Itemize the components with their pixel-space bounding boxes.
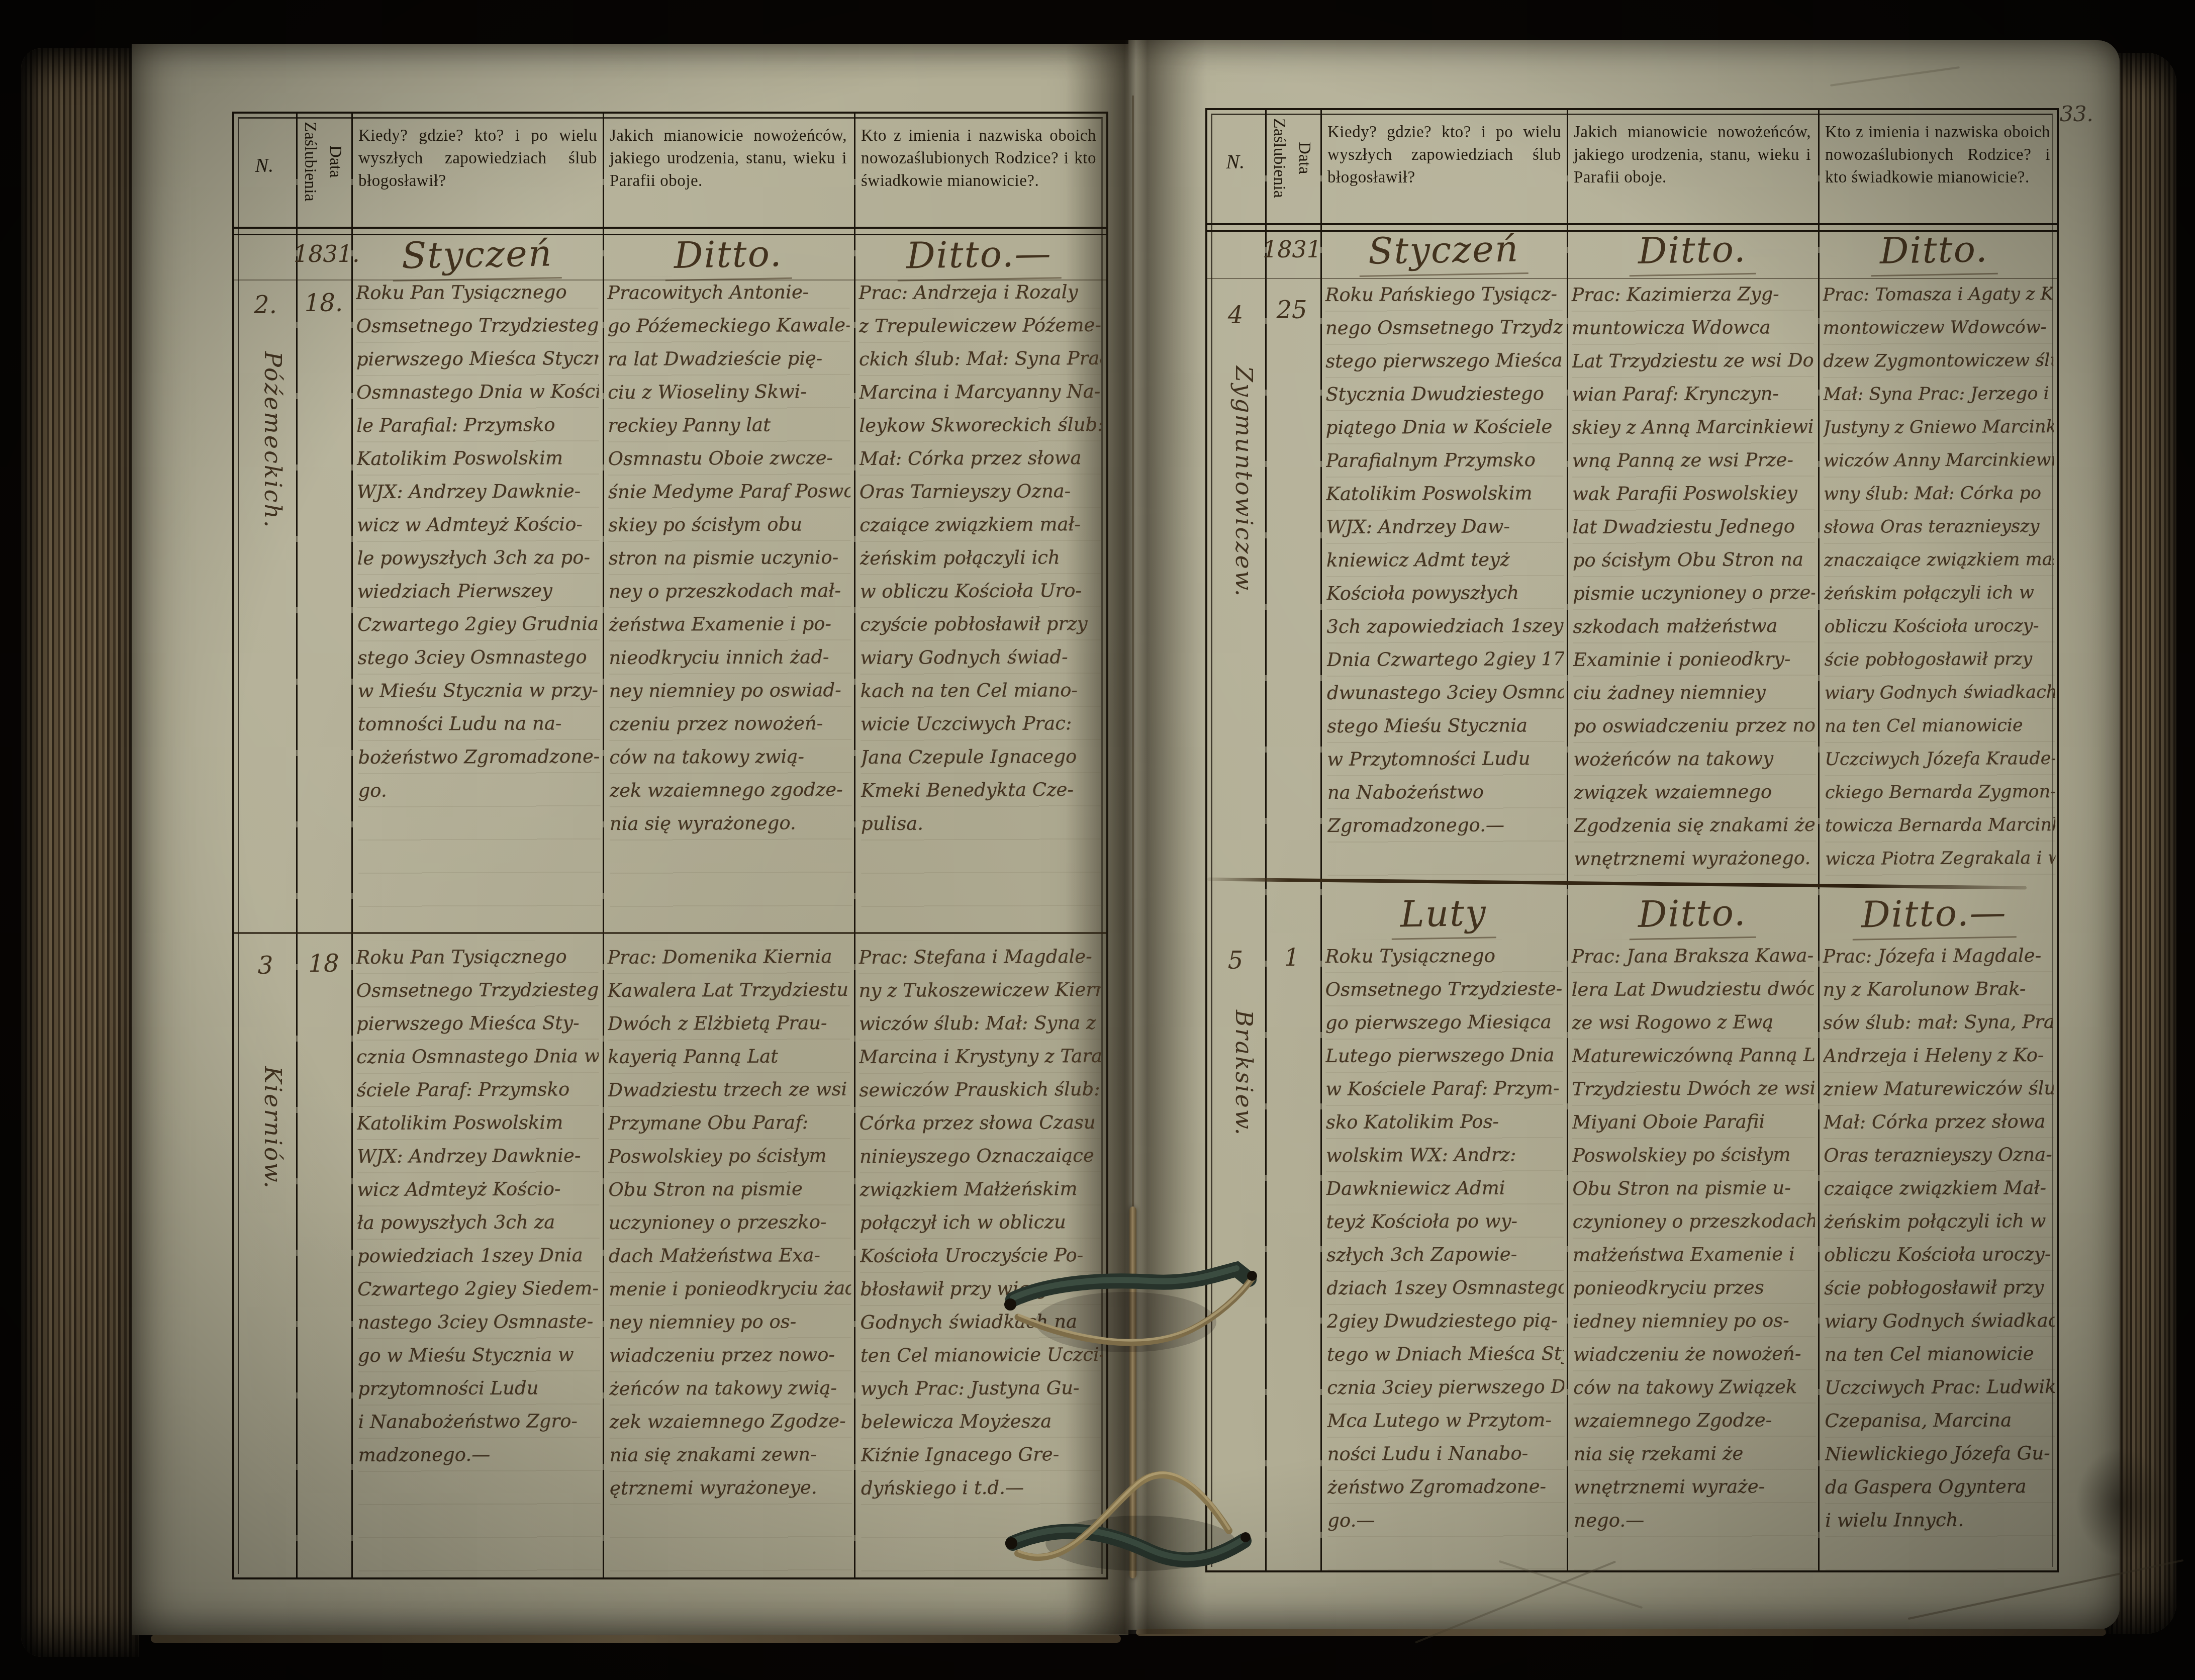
col-header-number: N. xyxy=(1207,150,1264,173)
handwritten-line: wiedziach Pierwszey xyxy=(357,574,600,608)
handwritten-line: 3ch zapowiedziach 1szey xyxy=(1326,609,1564,643)
handwritten-line: Oras Tarnieyszy Ozna- xyxy=(860,475,1102,509)
cell-when: Roku TysiącznegoOsmsetnego Trzydzieste-g… xyxy=(1325,939,1565,1571)
handwritten-line: ście pobłogosławił przy xyxy=(1824,1271,2054,1305)
handwritten-line: towicza Bernarda Marcinkie- xyxy=(1825,808,2055,843)
col-header-who: Jakich mianowicie nowożeńców, jakiego ur… xyxy=(610,125,847,193)
ditto-who: Ditto. xyxy=(1567,892,1818,939)
handwritten-line: Katolikim Poswolskim xyxy=(357,1106,599,1140)
handwritten-line: Lat Trzydziestu ze wsi Do- xyxy=(1572,344,1814,378)
handwritten-line: na Nabożeństwo xyxy=(1327,775,1565,809)
handwritten-line: Poswolskiey po ścisłym xyxy=(608,1139,850,1173)
handwritten-line: stron na pismie uczynio- xyxy=(608,541,850,575)
handwritten-line: Prac: Domenika Kiernia xyxy=(607,940,849,974)
entry-number: 3 xyxy=(238,952,293,980)
handwritten-line: Niewlickiego Józefa Gu- xyxy=(1825,1437,2055,1471)
ditto-families: Ditto.— xyxy=(854,233,1104,280)
handwritten-line: stego 3ciey Osmnastego xyxy=(357,640,600,675)
handwritten-line: zek wzaiemnego zgodze- xyxy=(609,773,851,807)
handwritten-line: Dawkniewicz Admi xyxy=(1326,1171,1563,1205)
handwritten-line: Osmsetnego Trzydzieste- xyxy=(1325,972,1563,1006)
entry-day: 18 xyxy=(299,950,349,978)
entry-row: 5 1 Braksiew. Roku TysiącznegoOsmsetnego… xyxy=(1207,940,2057,1570)
handwritten-line: le Parafial: Przymsko xyxy=(356,408,599,442)
handwritten-line: pierwszego Mieśca Sty- xyxy=(356,1006,599,1041)
cell-who: Pracowitych Antonie-go Późemeckiego Kawa… xyxy=(607,275,852,932)
handwritten-line: ponieodkryciu przes xyxy=(1573,1271,1815,1305)
page-number: 33. xyxy=(2060,102,2093,126)
handwritten-line: Dwóch z Elżbietą Prau- xyxy=(608,1006,850,1041)
handwritten-line: leykow Skworeckich ślub: xyxy=(859,408,1101,442)
handwritten-line: cznia 3ciey pierwszego Dnia xyxy=(1327,1370,1564,1405)
book-left-page-edges xyxy=(21,48,139,1657)
handwritten-line: Andrzeja i Heleny z Ko- xyxy=(1823,1039,2053,1073)
col-header-date-line1: Data xyxy=(1292,118,1317,198)
handwritten-line: teyż Kościoła po wy- xyxy=(1326,1204,1564,1239)
handwritten-line: Prac: Jana Braksza Kawa- xyxy=(1571,939,1814,973)
handwritten-line: 2giey Dwudziestego pią- xyxy=(1326,1304,1564,1338)
handwritten-line: ckich ślub: Mał: Syna Prac: xyxy=(859,342,1101,376)
month-january-text: Styczeń xyxy=(392,232,562,282)
entry-row: 2. 18. Późemeckich. Roku Pan Tysiącznego… xyxy=(234,276,1106,932)
handwritten-line: Roku Pan Tysiącznego xyxy=(356,940,598,974)
handwritten-line: WJX: Andrzey Dawknie- xyxy=(357,1139,599,1173)
handwritten-line: zek wzaiemnego Zgodze- xyxy=(609,1405,851,1439)
handwritten-line: Osmnastu Oboie zwcze- xyxy=(608,441,850,476)
ditto-who: Ditto. xyxy=(603,233,854,280)
handwritten-line: kach na ten Cel miano- xyxy=(861,674,1103,708)
entry-number: 5 xyxy=(1209,947,1262,975)
handwritten-line: bożeństwo Zgromadzone- xyxy=(358,740,600,774)
year-label: 1831 xyxy=(1263,236,1320,263)
handwritten-line: Marcina i Krystyny z Tara- xyxy=(859,1040,1101,1074)
handwritten-line: wożeńców na takowy xyxy=(1573,742,1816,776)
entry-day: 1 xyxy=(1267,944,1317,972)
handwritten-line: go w Mieśu Stycznia w xyxy=(358,1338,600,1372)
col-header-families: Kto z imienia i nazwiska oboich nowozaśl… xyxy=(861,125,1096,193)
cell-when: Roku Pan TysiącznegoOsmsetnego Trzydzies… xyxy=(356,940,601,1578)
handwritten-line: Zgromadzonego.— xyxy=(1327,808,1565,843)
handwritten-line: wiczów Anny Marcinkiewicze- xyxy=(1824,443,2054,478)
month-january-text: Styczeń xyxy=(1359,227,1529,277)
handwritten-line: wiczów ślub: Mał: Syna z Prac: xyxy=(859,1006,1101,1041)
handwritten-line: Marcina i Marcyanny Na- xyxy=(859,375,1101,409)
handwritten-line: obliczu Kościoła uroczy- xyxy=(1824,1238,2054,1272)
handwritten-line: ra lat Dwadzieście pię- xyxy=(608,342,850,376)
handwritten-line: na ten Cel mianowicie xyxy=(1825,1337,2055,1371)
col-header-number: N. xyxy=(234,154,295,176)
entry-day: 18. xyxy=(299,289,349,317)
ditto-families-text: Ditto. xyxy=(1870,228,1997,276)
handwritten-line: czaiące związkiem mał- xyxy=(860,508,1102,542)
binding-string-ties xyxy=(975,1222,1287,1583)
handwritten-line: znaczaiące związkiem mał- xyxy=(1824,543,2054,577)
handwritten-line: wiadczeniu przez nowo- xyxy=(609,1338,851,1372)
ink-smudge-right-edge xyxy=(2076,1448,2166,1558)
handwritten-line: wnętrznemi wyrażonego. xyxy=(1574,842,1816,876)
handwritten-line: i Nanabożeństwo Zgro- xyxy=(358,1405,600,1439)
handwritten-line: po ścisłym Obu Stron na xyxy=(1573,543,1815,577)
handwritten-line: Katolikim Poswolskim xyxy=(1326,477,1563,511)
gutter-crease xyxy=(1132,96,1134,1211)
handwritten-line: wicza Piotra Zegrakala i wie- xyxy=(1825,842,2055,876)
margin-family-name: Zygmuntowiczew. xyxy=(1230,366,1258,598)
handwritten-line: uczynioney o przeszko- xyxy=(609,1205,851,1240)
handwritten-line: zniew Maturewiczów ślub: xyxy=(1823,1072,2053,1106)
handwritten-line: nieodkryciu innich żad- xyxy=(609,640,851,675)
month-january: Styczeń xyxy=(351,233,603,280)
handwritten-line: Prac: Tomasza i Agaty z Kier- xyxy=(1823,277,2053,312)
handwritten-line: wną Panną ze wsi Prze- xyxy=(1572,443,1815,478)
handwritten-line: związek wzaiemnego xyxy=(1574,775,1816,809)
handwritten-line: Prac: Józefa i Magdale- xyxy=(1823,939,2053,973)
handwritten-line: nastego 3ciey Osmnaste- xyxy=(357,1305,600,1339)
handwritten-line: ze wsi Rogowo z Ewą xyxy=(1572,1005,1814,1040)
col-header-who: Jakich mianowicie nowożeńców, jakiego ur… xyxy=(1574,121,1811,189)
cell-who: Prac: Domenika KierniaKawalera Lat Trzyd… xyxy=(607,940,852,1578)
handwritten-line: wiary Godnych świad- xyxy=(860,640,1102,675)
handwritten-line: ściele Paraf: Przymsko xyxy=(356,1073,599,1107)
handwritten-line: WJX: Andrzey Dawknie- xyxy=(357,475,599,509)
handwritten-line: szkodach małżeństwa xyxy=(1573,609,1815,643)
right-register-table: N. Data Zaślubienia Kiedy? gdzie? kto? i… xyxy=(1205,108,2059,1572)
entry-day: 25 xyxy=(1267,296,1317,324)
handwritten-line: w Przytomności Ludu xyxy=(1327,742,1564,776)
handwritten-line: Examinie i ponieodkry- xyxy=(1573,642,1816,677)
handwritten-line: cznia Osmnastego Dnia w Ko- xyxy=(356,1040,599,1074)
handwritten-line: ney niemniey po oswiad- xyxy=(609,674,851,708)
left-page-bottom-edge xyxy=(151,1635,1121,1643)
handwritten-line: ętrznemi wyrażoneye. xyxy=(610,1471,852,1505)
handwritten-line: Parafialnym Przymsko xyxy=(1326,443,1563,478)
handwritten-line: Osmsetnego Trzydziestego xyxy=(356,309,598,343)
handwritten-line: Poswolskiey po ścisłym xyxy=(1572,1138,1815,1172)
handwritten-line: żeństwo Zgromadzone- xyxy=(1327,1470,1565,1504)
handwritten-line: go.— xyxy=(1327,1503,1565,1537)
handwritten-line: ców na takowy Związek xyxy=(1573,1370,1816,1405)
handwritten-line: lu Innych.— xyxy=(1826,875,2056,880)
handwritten-line: stego pierwszego Mieśca xyxy=(1325,344,1563,378)
cell-who: Prac: Jana Braksza Kawa-lera Lat Dwudzie… xyxy=(1571,939,1816,1571)
handwritten-line: śnie Medyme Paraf Poswol- xyxy=(608,475,850,509)
handwritten-line: tego w Dniach Mieśca Sty- xyxy=(1327,1337,1564,1371)
handwritten-line: kayerią Panną Lat xyxy=(608,1040,850,1074)
handwritten-line: go Późemeckiego Kawale- xyxy=(607,309,849,343)
handwritten-line: Osmsetnego Trzydziestego xyxy=(356,973,599,1007)
handwritten-line: wicz Admteyż Kościo- xyxy=(357,1172,599,1206)
string-hole-upper-right xyxy=(1247,1271,1257,1281)
handwritten-line: piątego Dnia w Kościele xyxy=(1326,410,1563,444)
handwritten-line: w obliczu Kościoła Uro- xyxy=(860,574,1102,608)
handwritten-line: Roku Pan Tysiącznego xyxy=(356,275,598,310)
handwritten-line: Katolikim Poswolskim xyxy=(357,441,599,476)
handwritten-line: na ten Cel mianowicie xyxy=(1825,709,2055,743)
handwritten-line: tomności Ludu na na- xyxy=(358,707,600,741)
handwritten-line: nego Osmsetnego Trzydzie- xyxy=(1325,311,1563,345)
entry-number: 4 xyxy=(1209,301,1262,329)
handwritten-line: żeńskim połączyli ich w xyxy=(1824,1204,2054,1239)
handwritten-line: Zgodzenia się znakami że. xyxy=(1574,808,1816,843)
col-header-date: Data Zaślubienia xyxy=(298,122,348,202)
handwritten-line: pierwszego Mieśca Stycznia xyxy=(356,342,599,376)
handwritten-line: Kawalera Lat Trzydziestu xyxy=(608,973,850,1007)
cell-families: Prac: Andrzeja i Rozalyz Trepulewiczew P… xyxy=(858,275,1104,932)
handwritten-line: wak Parafii Poswolskiey xyxy=(1572,477,1815,511)
margin-family-name: Późemeckich. xyxy=(259,351,287,529)
margin-family-name: Braksiew. xyxy=(1230,1010,1258,1137)
col-header-date: Data Zaślubienia xyxy=(1267,118,1317,198)
handwritten-line: Obu Stron na pismie xyxy=(608,1172,850,1206)
ditto-families: Ditto. xyxy=(1818,229,2050,275)
handwritten-line: przytomności Ludu xyxy=(358,1371,600,1406)
handwritten-line: ście pobłogosławił przy xyxy=(1825,642,2055,677)
handwritten-line: czynioney o przeszkodach xyxy=(1573,1204,1815,1239)
handwritten-line: żeństwa Examenie i po- xyxy=(609,607,851,641)
handwritten-line: dziach 1szey Osmnastego xyxy=(1326,1271,1564,1305)
handwritten-line: sko Katolikim Pos- xyxy=(1326,1105,1563,1139)
handwritten-line: ności Ludu i Nanabo- xyxy=(1327,1437,1565,1471)
handwritten-line: ców na takowy zwią- xyxy=(609,740,851,774)
handwritten-line: WJX: Andrzey Daw- xyxy=(1326,510,1563,544)
handwritten-line: Mca Lutego w Przytom- xyxy=(1327,1404,1564,1438)
handwritten-line: dzew Zygmontowiczew ślub: xyxy=(1823,344,2053,378)
handwritten-line: dwunastego 3ciey Osmna- xyxy=(1327,676,1564,710)
handwritten-line: ney o przeszkodach mał- xyxy=(609,574,851,608)
handwritten-line: nego.— xyxy=(1574,1503,1816,1537)
month-january: Styczeń xyxy=(1320,229,1567,275)
year-label: 1831. xyxy=(294,240,351,267)
handwritten-line: skiey po ścisłym obu xyxy=(608,508,850,542)
handwritten-line: wzaiemnego Zgodze- xyxy=(1573,1404,1816,1438)
handwritten-line: Uczciwych Józefa Kraude- xyxy=(1825,742,2055,776)
handwritten-line: reckiey Panny lat xyxy=(608,408,850,442)
ditto-who: Ditto. xyxy=(1567,229,1818,275)
cell-when: Roku Pan TysiącznegoOsmsetnego Trzydzies… xyxy=(356,275,601,932)
handwritten-line: wnętrznemi wyraże- xyxy=(1574,1470,1816,1504)
handwritten-line: czeniu przez nowożeń- xyxy=(609,707,851,741)
handwritten-line: Córka przez słowa Czasu xyxy=(860,1106,1102,1140)
col-header-when: Kiedy? gdzie? kto? i po wielu wyszłych z… xyxy=(358,125,597,193)
handwritten-line: szłych 3ch Zapowie- xyxy=(1326,1238,1564,1272)
handwritten-line: ninieyszego Oznaczaiące xyxy=(860,1139,1102,1173)
handwritten-line: wian Paraf: Krynczyn- xyxy=(1572,377,1814,411)
handwritten-line: ła powyszłych 3ch za xyxy=(357,1205,600,1240)
handwritten-line: montowiczew Wdowców- xyxy=(1823,311,2053,345)
handwritten-line: nia się znakami zewn- xyxy=(610,1438,852,1472)
handwritten-line: wiary Godnych świadkach xyxy=(1824,1304,2054,1338)
handwritten-line: menie i ponieodkryciu żad- xyxy=(609,1272,851,1306)
handwritten-line: Roku Tysiącznego xyxy=(1325,939,1562,973)
ditto-who-text: Ditto. xyxy=(1629,228,1756,276)
month-february-text: Luty xyxy=(1391,891,1496,940)
col-header-date-line2: Zaślubienia xyxy=(298,122,323,202)
handwritten-line: Przymane Obu Paraf: xyxy=(608,1106,850,1140)
handwritten-line: Oras teraznieyszy Ozna- xyxy=(1824,1138,2054,1172)
string-hole-lower-right xyxy=(1240,1532,1251,1542)
ditto-families-text: Ditto.— xyxy=(897,232,1061,282)
handwritten-line: wiary Godnych świadkach xyxy=(1825,676,2055,710)
handwritten-line: go. xyxy=(358,773,600,807)
handwritten-line: Roku Pańskiego Tysiącz- xyxy=(1325,277,1562,312)
handwritten-line: ciu z Wioseliny Skwi- xyxy=(608,375,850,409)
handwritten-line: Mał: Syna Prac: Jerzego i xyxy=(1823,377,2053,411)
handwritten-line: Trzydziestu Dwóch ze wsi xyxy=(1572,1072,1814,1106)
cell-families: Prac: Tomasza i Agaty z Kier-montowiczew… xyxy=(1823,277,2055,880)
handwritten-line: Czepanisa, Marcina xyxy=(1825,1404,2055,1438)
handwritten-line: dach Małżeństwa Exa- xyxy=(609,1239,851,1273)
handwritten-line: pismie uczynioney o prze- xyxy=(1573,576,1815,610)
handwritten-line: czyście pobłosławił przy xyxy=(860,607,1102,641)
handwritten-line: Jana Czepule Ignacego xyxy=(861,740,1103,774)
handwritten-line: lera Lat Dwudziestu dwóch xyxy=(1572,972,1814,1006)
handwritten-line: Mał: Córka przez słowa xyxy=(1824,1105,2054,1139)
cell-when: Roku Pańskiego Tysiącz-nego Osmsetnego T… xyxy=(1325,277,1565,880)
col-header-families: Kto z imienia i nazwiska oboich nowozaśl… xyxy=(1825,121,2050,189)
ditto-families-text: Ditto.— xyxy=(1852,891,2016,941)
handwritten-line: Justyny z Gniewo Marcinkie- xyxy=(1824,410,2054,444)
handwritten-line: Lutego pierwszego Dnia xyxy=(1325,1039,1563,1073)
handwritten-line: wicie Uczciwych Prac: xyxy=(861,707,1103,741)
handwritten-line: w Kościele Paraf: Przym- xyxy=(1325,1072,1563,1106)
month-february: Luty xyxy=(1320,892,1567,939)
handwritten-line: nia się wyrażonego. xyxy=(610,806,852,841)
handwritten-line: małżeństwa Examenie i xyxy=(1573,1238,1815,1272)
col-header-when: Kiedy? gdzie? kto? i po wielu wyszłych z… xyxy=(1327,121,1561,189)
handwritten-line: Czwartego 2giey Grudnia xyxy=(357,607,600,641)
handwritten-line: czaiące związkiem Mał- xyxy=(1824,1171,2054,1205)
handwritten-line: nia się rzekami że xyxy=(1574,1437,1816,1471)
handwritten-line: i wielu Innych. xyxy=(1825,1503,2055,1537)
handwritten-line: związkiem Małżeńskim xyxy=(860,1172,1102,1206)
handwritten-line: żeńskim połączyli ich xyxy=(860,541,1102,575)
ditto-who-text: Ditto. xyxy=(664,232,792,281)
handwritten-line: pulisa. xyxy=(861,806,1103,841)
handwritten-line: kniewicz Admt teyż xyxy=(1326,543,1564,577)
handwritten-line: obliczu Kościoła uroczy- xyxy=(1824,609,2054,643)
handwritten-line: Obu Stron na pismie u- xyxy=(1572,1171,1815,1205)
handwritten-line: ny z Karolunow Brak- xyxy=(1823,972,2053,1006)
left-entry-separator xyxy=(234,932,1106,934)
cell-who: Prac: Kazimierza Zyg-muntowicza WdowcaLa… xyxy=(1571,277,1816,880)
handwritten-line: Miyani Oboie Parafii xyxy=(1572,1105,1815,1139)
handwritten-line: Pracowitych Antonie- xyxy=(607,275,849,310)
cell-families: Prac: Józefa i Magdale-ny z Karolunow Br… xyxy=(1823,939,2055,1571)
handwritten-line: Kościoła powyszłych xyxy=(1326,576,1564,610)
handwritten-line: powiedziach 1szey Dnia xyxy=(357,1239,600,1273)
handwritten-line: go pierwszego Miesiąca xyxy=(1325,1005,1563,1040)
handwritten-line: skiey z Anną Marcinkiewicze- xyxy=(1572,410,1815,444)
right-page-bottom-edge xyxy=(1136,1629,2106,1636)
handwritten-line: wicz w Admteyż Kościo- xyxy=(357,508,599,542)
handwritten-line: w Mieśu Stycznia w przy- xyxy=(358,674,600,708)
handwritten-line: lat Dwadziestu Jednego xyxy=(1572,510,1815,544)
handwritten-line: iedney niemniey po os- xyxy=(1573,1304,1815,1338)
handwritten-line: Dwadziestu trzech ze wsi xyxy=(608,1073,850,1107)
handwritten-line: sewiczów Prauskich ślub: Mał: xyxy=(859,1073,1101,1107)
entry-row: 4 25 Zygmuntowiczew. Roku Pańskiego Tysi… xyxy=(1207,278,2057,879)
handwritten-line: żeńców na takowy zwią- xyxy=(609,1371,851,1406)
handwritten-line: Prac: Stefana i Magdale- xyxy=(858,940,1101,974)
handwritten-line: muntowicza Wdowca xyxy=(1572,311,1814,345)
handwritten-line: Stycznia Dwudziestego xyxy=(1325,377,1563,411)
handwritten-line: Osmnastego Dnia w Koście- xyxy=(356,375,599,409)
string-hole-upper-left xyxy=(1004,1298,1016,1311)
handwritten-line: da Gaspera Ogyntera xyxy=(1825,1470,2055,1504)
handwritten-line: Czwartego 2giey Siedem- xyxy=(357,1272,600,1306)
handwritten-line: żeńskim połączyli ich w xyxy=(1824,576,2054,610)
handwritten-line: po oswiadczeniu przez no- xyxy=(1573,709,1816,743)
margin-family-name: Kierniów. xyxy=(259,1066,287,1190)
ditto-who-text: Ditto. xyxy=(1629,891,1756,940)
handwritten-line: le powyszłych 3ch za po- xyxy=(357,541,599,575)
handwritten-line: Maturewiczówną Panną Lat xyxy=(1572,1039,1814,1073)
handwritten-line: Uczciwych Prac: Ludwika xyxy=(1825,1370,2055,1405)
handwritten-line: madzonego.— xyxy=(358,1438,601,1472)
col-header-date-line1: Data xyxy=(323,122,348,202)
handwritten-line: stego Mieśu Stycznia xyxy=(1327,709,1564,743)
handwritten-line: ney niemniey po os- xyxy=(609,1305,851,1339)
handwritten-line: ciu żadney niemniey xyxy=(1573,676,1816,710)
handwritten-line: wiadczeniu że nowożeń- xyxy=(1573,1337,1816,1371)
handwritten-line: ckiego Bernarda Zygmon- xyxy=(1825,775,2055,809)
handwritten-line: Prac: Kazimierza Zyg- xyxy=(1571,277,1814,312)
register-book-scan: N. Data Zaślubienia Kiedy? gdzie? kto? i… xyxy=(0,0,2195,1680)
string-hole-lower-left xyxy=(1005,1537,1017,1549)
handwritten-line: sów ślub: mał: Syna, Prac: xyxy=(1823,1005,2053,1040)
handwritten-line: ny z Tukoszewiczew Kiernie- xyxy=(859,973,1101,1007)
col-header-date-line2: Zaślubienia xyxy=(1267,118,1292,198)
handwritten-line: wolskim WX: Andrz: xyxy=(1326,1138,1563,1172)
handwritten-line: Kmeki Benedykta Cze- xyxy=(861,773,1103,807)
handwritten-line: wny ślub: Mał: Córka po xyxy=(1824,477,2054,511)
handwritten-line: słowa Oras teraznieyszy xyxy=(1824,510,2054,544)
entry-number: 2. xyxy=(238,291,293,319)
handwritten-line: Mał: Córka przez słowa xyxy=(860,441,1102,476)
handwritten-line: z Trepulewiczew Późeme- xyxy=(858,309,1101,343)
handwritten-line: Dnia Czwartego 2giey 17go xyxy=(1327,642,1564,677)
handwritten-line: Prac: Andrzeja i Rozaly xyxy=(858,275,1101,310)
ditto-families: Ditto.— xyxy=(1818,892,2050,939)
